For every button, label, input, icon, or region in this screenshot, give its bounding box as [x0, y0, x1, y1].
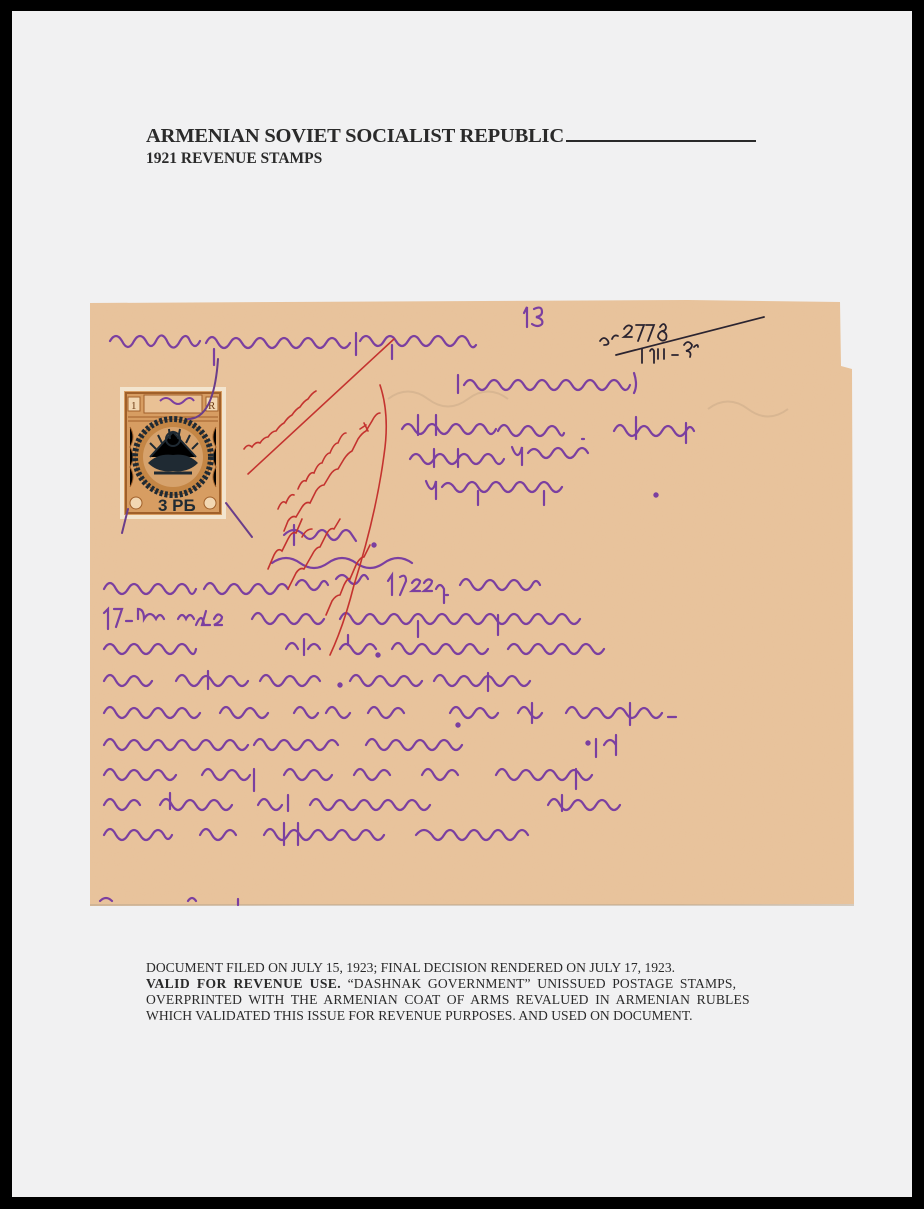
- page-title-text: ARMENIAN SOVIET SOCIALIST REPUBLIC: [146, 125, 564, 147]
- description-caption: DOCUMENT FILED ON JULY 15, 1923; FINAL D…: [146, 960, 786, 1024]
- caption-line-overprint: OVERPRINTED WITH THE ARMENIAN COAT OF AR…: [146, 992, 786, 1008]
- svg-text:1: 1: [131, 400, 137, 412]
- caption-line-validity: VALID FOR REVENUE USE. “DASHNAK GOVERNME…: [146, 976, 786, 992]
- handwritten-document: № 2778: [88, 299, 854, 907]
- title-underline-rule: [566, 124, 756, 142]
- caption-line-filing: DOCUMENT FILED ON JULY 15, 1923; FINAL D…: [146, 960, 786, 976]
- caption-line-usage: WHICH VALIDATED THIS ISSUE FOR REVENUE P…: [146, 1008, 786, 1024]
- page-subtitle: 1921 REVENUE STAMPS: [146, 150, 322, 168]
- revenue-stamp: 1 R 3 РБ: [120, 387, 226, 519]
- caption-valid-label: VALID FOR REVENUE USE.: [146, 976, 341, 991]
- svg-text:3 РБ: 3 РБ: [158, 496, 196, 515]
- document-illustration: № 2778: [88, 299, 854, 907]
- page-title: ARMENIAN SOVIET SOCIALIST REPUBLIC: [146, 124, 756, 148]
- caption-valid-text: “DASHNAK GOVERNMENT” UNISSUED POSTAGE ST…: [348, 976, 737, 991]
